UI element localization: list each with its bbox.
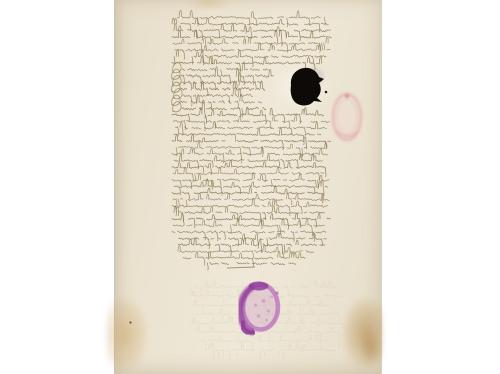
script-line (172, 30, 332, 46)
script-line (174, 24, 330, 42)
script-line (176, 121, 327, 135)
script-line (174, 50, 326, 67)
script-line (172, 160, 327, 176)
pink-oval-stamp (333, 94, 361, 140)
script-line (172, 213, 330, 229)
show-through-line (200, 334, 341, 350)
script-line (173, 218, 325, 236)
script-line (178, 238, 325, 256)
purple-oval-stamp (240, 282, 280, 334)
script-line (207, 262, 300, 270)
script-line (174, 88, 253, 106)
manuscript-scan (0, 0, 500, 374)
script-line (173, 193, 329, 208)
script-line (172, 231, 326, 242)
script-line (172, 186, 324, 203)
ink-speck (129, 321, 131, 323)
script-line (173, 167, 324, 181)
script-line (172, 134, 331, 150)
show-through-line (205, 343, 335, 361)
manuscript-text-layer (0, 0, 500, 374)
script-line (183, 251, 305, 266)
script-line (179, 233, 327, 249)
handwritten-script-lines (172, 10, 332, 270)
signature-underline (227, 267, 255, 268)
